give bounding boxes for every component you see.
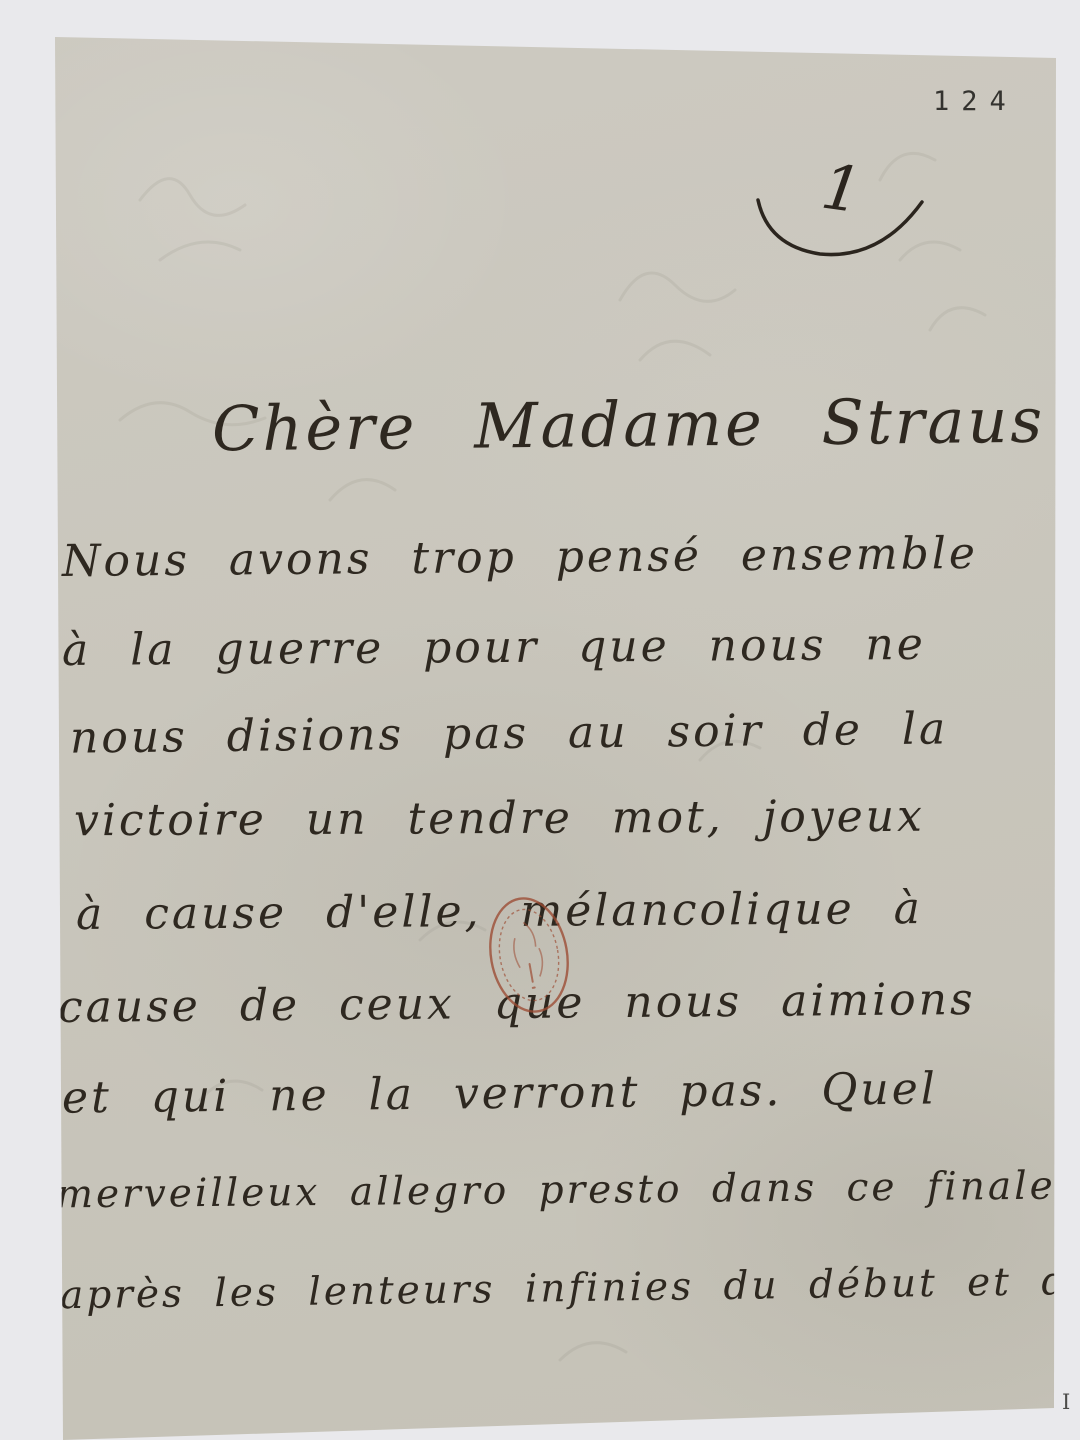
letter-line: à la guerre pour que nous ne xyxy=(62,619,926,676)
letter-line: et qui ne la verront pas. Quel xyxy=(62,1063,938,1123)
manuscript-page: 124 1 Chère Madame Straus Nous avons tro… xyxy=(0,0,1080,1440)
salutation: Chère Madame Straus xyxy=(212,384,1046,466)
letter-line: merveilleux allegro presto dans ce final… xyxy=(56,1164,1056,1218)
folio-number: 124 xyxy=(933,86,1018,117)
sheet-number-circled: 1 xyxy=(750,150,940,270)
letter-line: nous disions pas au soir de la xyxy=(70,703,949,763)
letter-line: Nous avons trop pensé ensemble xyxy=(62,528,978,587)
plate-mark: I xyxy=(1062,1390,1070,1414)
page-content: 124 1 Chère Madame Straus Nous avons tro… xyxy=(0,0,1080,1440)
letter-line: victoire un tendre mot, joyeux xyxy=(74,791,925,846)
underline-arc-icon xyxy=(750,188,930,268)
book-photo: 124 1 Chère Madame Straus Nous avons tro… xyxy=(0,0,1080,1440)
